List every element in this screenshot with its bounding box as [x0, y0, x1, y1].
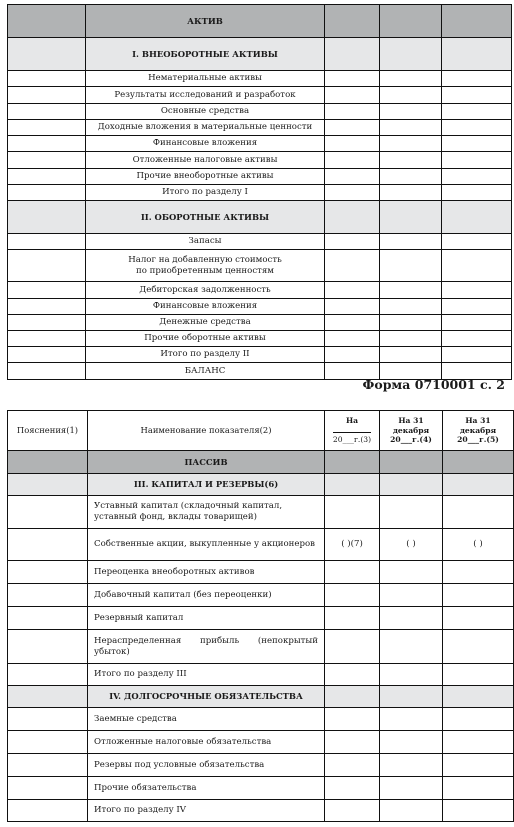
value-cell[interactable]: [443, 800, 514, 822]
value-cell[interactable]: [380, 87, 442, 104]
section-title: III. КАПИТАЛ И РЕЗЕРВЫ(6): [88, 474, 325, 496]
value-cell[interactable]: [380, 315, 442, 331]
table-row: Прочие оборотные активы: [8, 331, 512, 347]
date-blank-line: [333, 426, 371, 433]
value-cell[interactable]: [443, 451, 514, 474]
value-cell[interactable]: [380, 38, 442, 71]
col4-line2: декабря: [380, 426, 442, 436]
row-label: Переоценка внеоборотных активов: [88, 561, 325, 584]
notes-cell[interactable]: [8, 169, 86, 185]
value-cell[interactable]: [442, 185, 512, 201]
row-label: Финансовые вложения: [86, 299, 325, 315]
section-row: III. КАПИТАЛ И РЕЗЕРВЫ(6): [8, 474, 514, 496]
notes-cell[interactable]: [8, 630, 88, 664]
table-row: Прочие внеоборотные активы: [8, 169, 512, 185]
section-title: II. ОБОРОТНЫЕ АКТИВЫ: [86, 201, 325, 234]
value-cell[interactable]: [443, 664, 514, 686]
table-row: Прочие обязательства: [8, 777, 514, 800]
notes-cell[interactable]: [8, 584, 88, 607]
value-cell[interactable]: [442, 136, 512, 152]
value-cell[interactable]: [325, 71, 380, 87]
value-cell[interactable]: [325, 5, 380, 38]
table-row: Финансовые вложения: [8, 299, 512, 315]
table-row: Резервы под условные обязательства: [8, 754, 514, 777]
section-row: IV. ДОЛГОСРОЧНЫЕ ОБЯЗАТЕЛЬСТВА: [8, 686, 514, 708]
notes-cell[interactable]: [8, 71, 86, 87]
value-cell[interactable]: [442, 104, 512, 120]
notes-cell: [8, 474, 88, 496]
notes-cell[interactable]: [8, 87, 86, 104]
row-label: Прочие оборотные активы: [86, 331, 325, 347]
notes-cell[interactable]: [8, 529, 88, 561]
row-label: Итого по разделу II: [86, 347, 325, 363]
row-label: Отложенные налоговые активы: [86, 152, 325, 169]
table-row: Собственные акции, выкупленные у акционе…: [8, 529, 514, 561]
value-cell[interactable]: [380, 282, 442, 299]
table-row: Заемные средства: [8, 708, 514, 731]
notes-cell[interactable]: [8, 299, 86, 315]
value-cell[interactable]: [325, 250, 380, 282]
col-header-period-5: На 31 декабря 20___г.(5): [443, 411, 514, 451]
value-cell[interactable]: ( ): [443, 529, 514, 561]
value-cell[interactable]: [325, 152, 380, 169]
value-cell[interactable]: [325, 630, 380, 664]
table-row: Результаты исследований и разработок: [8, 87, 512, 104]
value-cell[interactable]: [443, 777, 514, 800]
value-cell[interactable]: [443, 708, 514, 731]
table-row: Финансовые вложения: [8, 136, 512, 152]
value-cell[interactable]: [380, 71, 442, 87]
value-cell[interactable]: [442, 234, 512, 250]
value-cell[interactable]: [442, 87, 512, 104]
value-cell[interactable]: [380, 607, 443, 630]
value-cell[interactable]: [443, 731, 514, 754]
value-cell[interactable]: [325, 87, 380, 104]
value-cell[interactable]: [325, 315, 380, 331]
value-cell[interactable]: [380, 201, 442, 234]
value-cell[interactable]: [380, 777, 443, 800]
value-cell[interactable]: [325, 451, 380, 474]
table-row: Налог на добавленную стоимость по приобр…: [8, 250, 512, 282]
assets-table: АКТИВ I. ВНЕОБОРОТНЫЕ АКТИВЫ Нематериаль…: [7, 4, 512, 380]
table-row: Итого по разделу II: [8, 347, 512, 363]
table-row: Запасы: [8, 234, 512, 250]
value-cell[interactable]: [380, 136, 442, 152]
notes-cell[interactable]: [8, 800, 88, 822]
notes-cell[interactable]: [8, 708, 88, 731]
table-row: Отложенные налоговые активы: [8, 152, 512, 169]
row-label: Налог на добавленную стоимость по приобр…: [86, 250, 325, 282]
notes-cell[interactable]: [8, 120, 86, 136]
row-label: БАЛАНС: [86, 363, 325, 380]
value-cell[interactable]: [380, 185, 442, 201]
value-cell[interactable]: [325, 664, 380, 686]
col-header-name: Наименование показателя(2): [88, 411, 325, 451]
value-cell[interactable]: [325, 169, 380, 185]
col5-line1: На 31: [443, 416, 513, 426]
value-cell[interactable]: [380, 584, 443, 607]
form-number-label: Форма 0710001 с. 2: [363, 377, 506, 392]
value-cell[interactable]: [443, 584, 514, 607]
notes-cell[interactable]: [8, 331, 86, 347]
section-row: II. ОБОРОТНЫЕ АКТИВЫ: [8, 201, 512, 234]
value-cell[interactable]: [380, 664, 443, 686]
col5-line2: декабря: [443, 426, 513, 436]
table-row: Уставный капитал (складочный капитал, ус…: [8, 496, 514, 529]
notes-cell[interactable]: [8, 664, 88, 686]
notes-cell: [8, 5, 86, 38]
notes-cell: [8, 201, 86, 234]
value-cell[interactable]: [442, 201, 512, 234]
col-header-notes: Пояснения(1): [8, 411, 88, 451]
col3-line2: 20___г.(3): [325, 435, 379, 445]
table-row: Нематериальные активы: [8, 71, 512, 87]
notes-cell[interactable]: [8, 607, 88, 630]
value-cell[interactable]: [443, 561, 514, 584]
value-cell[interactable]: [442, 282, 512, 299]
value-cell[interactable]: [325, 561, 380, 584]
value-cell[interactable]: [325, 331, 380, 347]
table-row: Итого по разделу I: [8, 185, 512, 201]
notes-cell[interactable]: [8, 282, 86, 299]
notes-cell: [8, 451, 88, 474]
row-label: Прочие обязательства: [88, 777, 325, 800]
row-label: Денежные средства: [86, 315, 325, 331]
value-cell[interactable]: [325, 607, 380, 630]
row-label: Нематериальные активы: [86, 71, 325, 87]
value-cell[interactable]: [325, 347, 380, 363]
row-label: Добавочный капитал (без переоценки): [88, 584, 325, 607]
column-header-row: Пояснения(1) Наименование показателя(2) …: [8, 411, 514, 451]
value-cell[interactable]: [325, 120, 380, 136]
table-row: Денежные средства: [8, 315, 512, 331]
value-cell[interactable]: [380, 5, 442, 38]
col-header-period-4: На 31 декабря 20___г.(4): [380, 411, 443, 451]
value-cell[interactable]: [380, 474, 443, 496]
value-cell[interactable]: [442, 250, 512, 282]
value-cell[interactable]: [325, 185, 380, 201]
value-cell[interactable]: [325, 104, 380, 120]
value-cell[interactable]: [442, 331, 512, 347]
value-cell[interactable]: [442, 347, 512, 363]
value-cell[interactable]: [380, 104, 442, 120]
value-cell[interactable]: ( ): [380, 529, 443, 561]
table-row: Доходные вложения в материальные ценност…: [8, 120, 512, 136]
value-cell[interactable]: [442, 5, 512, 38]
row-label: Итого по разделу IV: [88, 800, 325, 822]
value-cell[interactable]: [380, 451, 443, 474]
value-cell[interactable]: [443, 630, 514, 664]
row-label: Запасы: [86, 234, 325, 250]
table-row: Итого по разделу IV: [8, 800, 514, 822]
section-row: I. ВНЕОБОРОТНЫЕ АКТИВЫ: [8, 38, 512, 71]
liabilities-header: ПАССИВ: [88, 451, 325, 474]
notes-cell[interactable]: [8, 363, 86, 380]
value-cell[interactable]: [380, 686, 443, 708]
liabilities-table: Пояснения(1) Наименование показателя(2) …: [7, 410, 514, 822]
value-cell[interactable]: [380, 731, 443, 754]
value-cell[interactable]: [443, 496, 514, 529]
value-cell[interactable]: [442, 152, 512, 169]
notes-cell[interactable]: [8, 777, 88, 800]
notes-cell[interactable]: [8, 152, 86, 169]
notes-cell: [8, 686, 88, 708]
notes-cell[interactable]: [8, 754, 88, 777]
notes-cell: [8, 38, 86, 71]
value-cell[interactable]: [380, 120, 442, 136]
section-title: I. ВНЕОБОРОТНЫЕ АКТИВЫ: [86, 38, 325, 71]
col4-line1: На 31: [380, 416, 442, 426]
notes-cell[interactable]: [8, 315, 86, 331]
col4-line3: 20___г.(4): [380, 435, 442, 445]
table-row: Резервный капитал: [8, 607, 514, 630]
notes-cell[interactable]: [8, 234, 86, 250]
row-label: Собственные акции, выкупленные у акционе…: [88, 529, 325, 561]
row-label: Нераспределенная прибыль (непокрытый убы…: [88, 630, 325, 664]
value-cell[interactable]: [380, 347, 442, 363]
value-cell[interactable]: [325, 496, 380, 529]
value-cell[interactable]: [443, 754, 514, 777]
value-cell[interactable]: [442, 38, 512, 71]
value-cell[interactable]: [442, 315, 512, 331]
notes-cell[interactable]: [8, 496, 88, 529]
value-cell[interactable]: [325, 474, 380, 496]
col3-line1: На: [325, 416, 379, 426]
notes-cell[interactable]: [8, 136, 86, 152]
value-cell[interactable]: [380, 754, 443, 777]
assets-header-row: АКТИВ: [8, 5, 512, 38]
row-label: Отложенные налоговые обязательства: [88, 731, 325, 754]
value-cell[interactable]: [325, 282, 380, 299]
value-cell[interactable]: [380, 234, 442, 250]
value-cell[interactable]: [443, 607, 514, 630]
notes-cell[interactable]: [8, 731, 88, 754]
value-cell[interactable]: [325, 584, 380, 607]
table-row: Нераспределенная прибыль (непокрытый убы…: [8, 630, 514, 664]
notes-cell[interactable]: [8, 561, 88, 584]
row-label: Дебиторская задолженность: [86, 282, 325, 299]
assets-header: АКТИВ: [86, 5, 325, 38]
row-label: Итого по разделу I: [86, 185, 325, 201]
row-label: Резервы под условные обязательства: [88, 754, 325, 777]
value-cell[interactable]: [325, 234, 380, 250]
table-row: Основные средства: [8, 104, 512, 120]
value-cell[interactable]: ( )(7): [325, 529, 380, 561]
value-cell[interactable]: [325, 800, 380, 822]
row-label: Основные средства: [86, 104, 325, 120]
value-cell[interactable]: [380, 561, 443, 584]
value-cell[interactable]: [325, 754, 380, 777]
value-cell[interactable]: [325, 38, 380, 71]
value-cell[interactable]: [380, 152, 442, 169]
row-label: Финансовые вложения: [86, 136, 325, 152]
row-label: Итого по разделу III: [88, 664, 325, 686]
value-cell[interactable]: [442, 299, 512, 315]
table-row: Итого по разделу III: [8, 664, 514, 686]
value-cell[interactable]: [325, 299, 380, 315]
value-cell[interactable]: [442, 120, 512, 136]
value-cell[interactable]: [443, 686, 514, 708]
row-label: Уставный капитал (складочный капитал, ус…: [88, 496, 325, 529]
notes-cell[interactable]: [8, 347, 86, 363]
section-title: IV. ДОЛГОСРОЧНЫЕ ОБЯЗАТЕЛЬСТВА: [88, 686, 325, 708]
value-cell[interactable]: [442, 71, 512, 87]
notes-cell[interactable]: [8, 185, 86, 201]
value-cell[interactable]: [380, 708, 443, 731]
table-row: Дебиторская задолженность: [8, 282, 512, 299]
value-cell[interactable]: [380, 331, 442, 347]
value-cell[interactable]: [380, 299, 442, 315]
row-label: Резервный капитал: [88, 607, 325, 630]
value-cell[interactable]: [325, 201, 380, 234]
notes-cell[interactable]: [8, 104, 86, 120]
value-cell[interactable]: [442, 169, 512, 185]
value-cell[interactable]: [380, 169, 442, 185]
value-cell[interactable]: [325, 686, 380, 708]
value-cell[interactable]: [325, 777, 380, 800]
table-row: Добавочный капитал (без переоценки): [8, 584, 514, 607]
value-cell[interactable]: [325, 731, 380, 754]
row-label: Результаты исследований и разработок: [86, 87, 325, 104]
value-cell[interactable]: [380, 250, 442, 282]
value-cell[interactable]: [380, 496, 443, 529]
notes-cell[interactable]: [8, 250, 86, 282]
col5-line3: 20___г.(5): [443, 435, 513, 445]
table-row: Отложенные налоговые обязательства: [8, 731, 514, 754]
value-cell[interactable]: [325, 136, 380, 152]
row-label: Заемные средства: [88, 708, 325, 731]
row-label: Доходные вложения в материальные ценност…: [86, 120, 325, 136]
row-label: Прочие внеоборотные активы: [86, 169, 325, 185]
value-cell[interactable]: [380, 630, 443, 664]
liabilities-header-row: ПАССИВ: [8, 451, 514, 474]
value-cell[interactable]: [443, 474, 514, 496]
value-cell[interactable]: [380, 800, 443, 822]
col-header-period-3: На 20___г.(3): [325, 411, 380, 451]
value-cell[interactable]: [325, 708, 380, 731]
table-row: Переоценка внеоборотных активов: [8, 561, 514, 584]
